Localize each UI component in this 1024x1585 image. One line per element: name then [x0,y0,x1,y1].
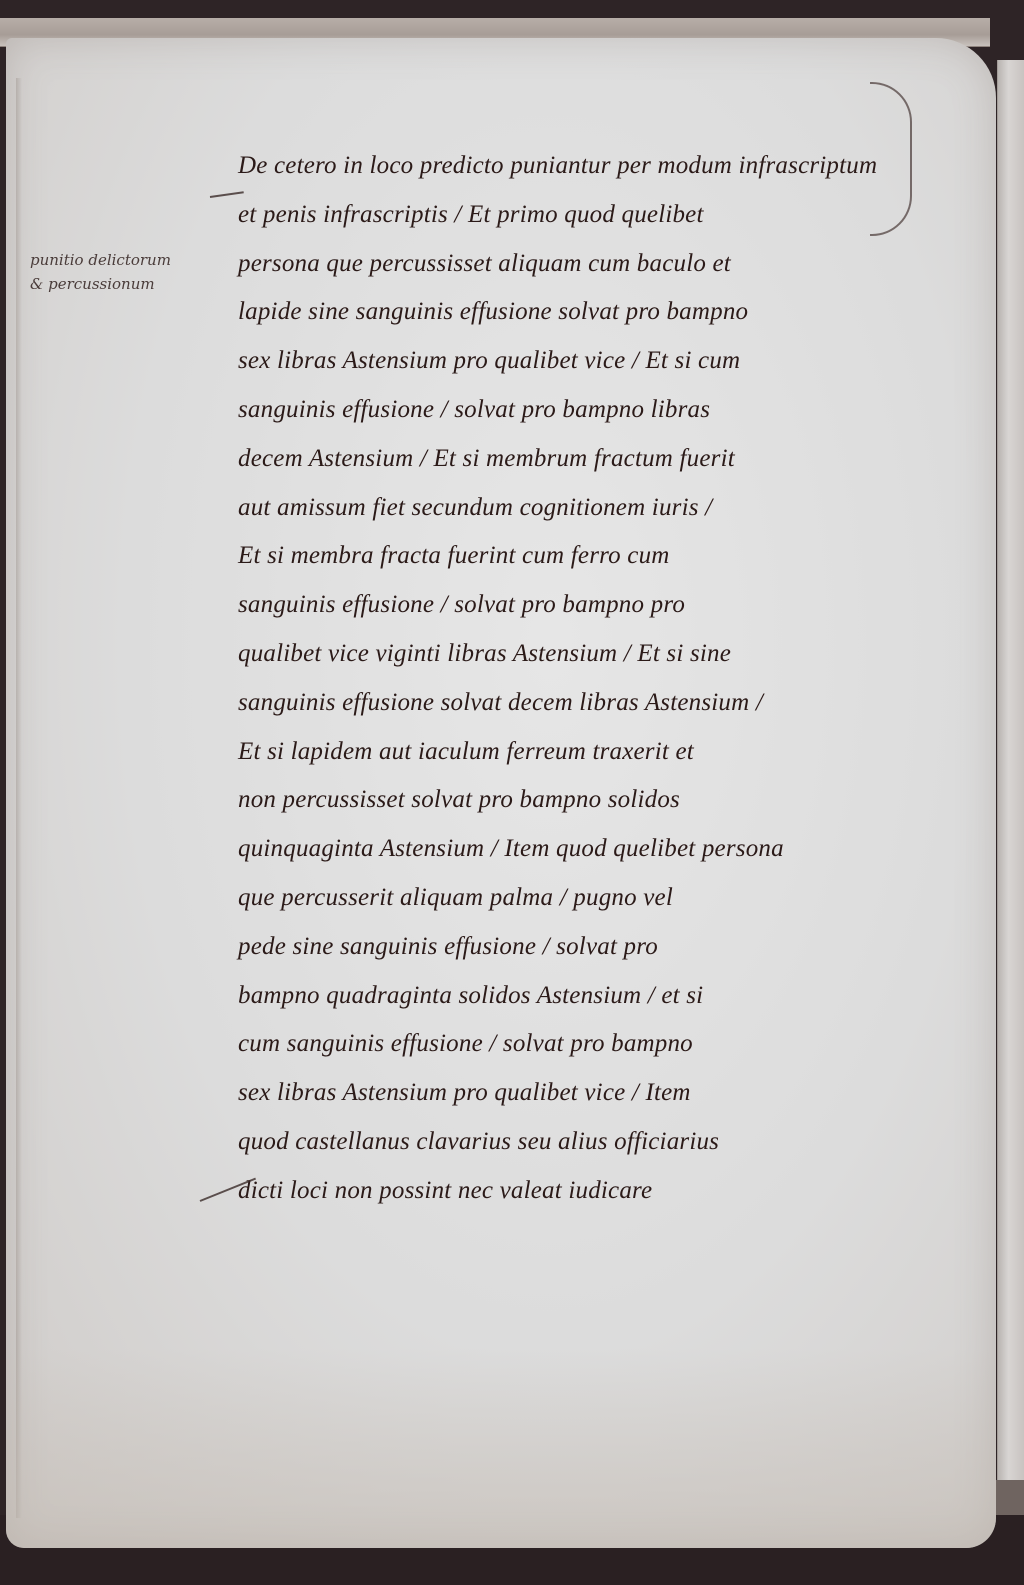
paper-discoloration [6,1348,996,1548]
text-line: cum sanguinis effusione / solvat pro bam… [238,1030,928,1079]
text-line: De cetero in loco predicto puniantur per… [238,152,928,201]
text-line: pede sine sanguinis effusione / solvat p… [238,933,928,982]
text-line: sanguinis effusione / solvat pro bampno … [238,591,928,640]
text-line: aut amissum fiet secundum cognitionem iu… [238,494,928,543]
text-line: non percussisset solvat pro bampno solid… [238,786,928,835]
text-line: sex libras Astensium pro qualibet vice /… [238,347,928,396]
text-line: que percusserit aliquam palma / pugno ve… [238,884,928,933]
margin-note-line: & percussionum [30,272,210,296]
text-line: lapide sine sanguinis effusione solvat p… [238,298,928,347]
margin-note-line: punitio delictorum [30,248,210,272]
text-line: et penis infrascriptis / Et primo quod q… [238,201,928,250]
text-line: Et si membra fracta fuerint cum ferro cu… [238,542,928,591]
text-line: sex libras Astensium pro qualibet vice /… [238,1079,928,1128]
margin-note: punitio delictorum & percussionum [30,248,210,296]
text-line: Et si lapidem aut iaculum ferreum traxer… [238,738,928,787]
text-line: bampno quadraginta solidos Astensium / e… [238,982,928,1031]
manuscript-text: De cetero in loco predicto puniantur per… [238,152,928,1226]
text-line: decem Astensium / Et si membrum fractum … [238,445,928,494]
text-line: sanguinis effusione solvat decem libras … [238,689,928,738]
text-line: persona que percussisset aliquam cum bac… [238,250,928,299]
text-line: sanguinis effusione / solvat pro bampno … [238,396,928,445]
text-line: qualibet vice viginti libras Astensium /… [238,640,928,689]
page-stack-edge [997,60,1024,1530]
text-line: quod castellanus clavarius seu alius off… [238,1128,928,1177]
text-line: dicti loci non possint nec valeat iudica… [238,1177,928,1226]
text-line: quinquaginta Astensium / Item quod queli… [238,835,928,884]
